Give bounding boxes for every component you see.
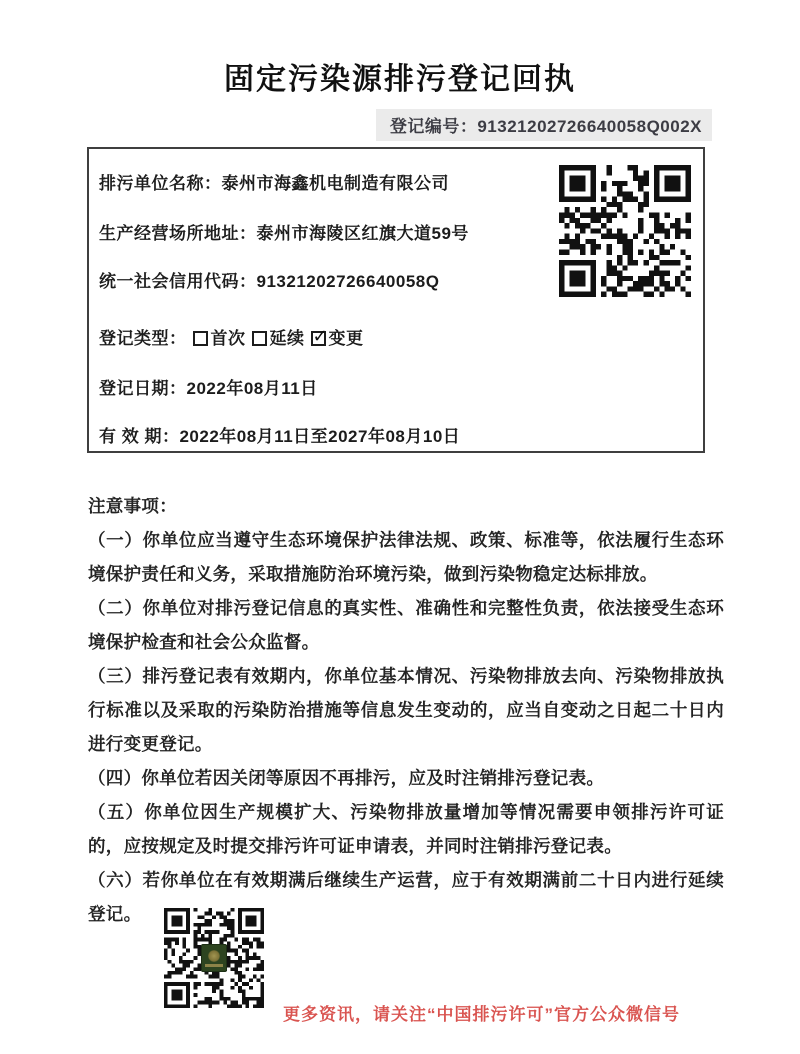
field-credit-code: 统一社会信用代码：91321202726640058Q [99,267,439,292]
registration-info-box: 排污单位名称：泰州市海鑫机电制造有限公司 生产经营场所地址：泰州市海陵区红旗大道… [87,147,705,453]
wechat-qr-center-logo [201,944,227,972]
checkbox-renewal [252,331,267,346]
field-unit-name: 排污单位名称：泰州市海鑫机电制造有限公司 [99,169,449,194]
note-item-4: （四）你单位若因关闭等原因不再排污，应及时注销排污登记表。 [88,761,724,795]
wechat-official-account-qr-code-icon [163,908,265,1008]
note-item-2: （二）你单位对排污登记信息的真实性、准确性和完整性负责，依法接受生态环境保护检查… [88,591,724,659]
field-unit-name-value: 泰州市海鑫机电制造有限公司 [222,174,450,193]
field-registration-date-label: 登记日期： [99,379,187,398]
field-registration-type-label: 登记类型： [99,329,187,348]
field-address: 生产经营场所地址：泰州市海陵区红旗大道59号 [99,219,469,244]
page-title: 固定污染源排污登记回执 [0,54,800,98]
registration-number-label: 登记编号： [390,117,478,136]
field-credit-code-label: 统一社会信用代码： [99,272,257,291]
note-item-3: （三）排污登记表有效期内，你单位基本情况、污染物排放去向、污染物排放执行标准以及… [88,659,724,761]
checkbox-change [311,331,326,346]
logo-text-bar [205,964,223,967]
checkbox-first-time-label: 首次 [211,329,246,348]
field-validity-period-value: 2022年08月11日至2027年08月10日 [179,427,460,446]
checkbox-first-time [193,331,208,346]
field-registration-date-value: 2022年08月11日 [187,379,318,398]
field-unit-name-label: 排污单位名称： [99,174,222,193]
field-validity-period: 有 效 期：2022年08月11日至2027年08月10日 [99,422,460,447]
notes-heading: 注意事项： [88,489,724,523]
field-address-label: 生产经营场所地址： [99,224,257,243]
registration-number-value: 91321202726640058Q002X [477,117,702,136]
registration-qr-code-icon [559,165,691,297]
emblem-icon [208,950,220,962]
field-registration-date: 登记日期：2022年08月11日 [99,374,318,399]
field-validity-period-label: 有 效 期： [99,427,179,446]
checkbox-change-label: 变更 [329,329,364,348]
registration-number: 登记编号：91321202726640058Q002X [376,109,712,141]
note-item-5: （五）你单位因生产规模扩大、污染物排放量增加等情况需要申领排污许可证的，应按规定… [88,795,724,863]
field-registration-type: 登记类型：首次延续变更 [99,324,364,349]
registration-receipt-document: { "page": { "title": "固定污染源排污登记回执", "reg… [0,0,800,1054]
footer-caption: 更多资讯，请关注“中国排污许可”官方公众微信号 [283,1000,680,1025]
notes-section: 注意事项： （一）你单位应当遵守生态环境保护法律法规、政策、标准等，依法履行生态… [88,489,724,931]
field-address-value: 泰州市海陵区红旗大道59号 [257,224,469,243]
checkbox-renewal-label: 延续 [270,329,305,348]
field-credit-code-value: 91321202726640058Q [257,272,440,291]
note-item-1: （一）你单位应当遵守生态环境保护法律法规、政策、标准等，依法履行生态环境保护责任… [88,523,724,591]
